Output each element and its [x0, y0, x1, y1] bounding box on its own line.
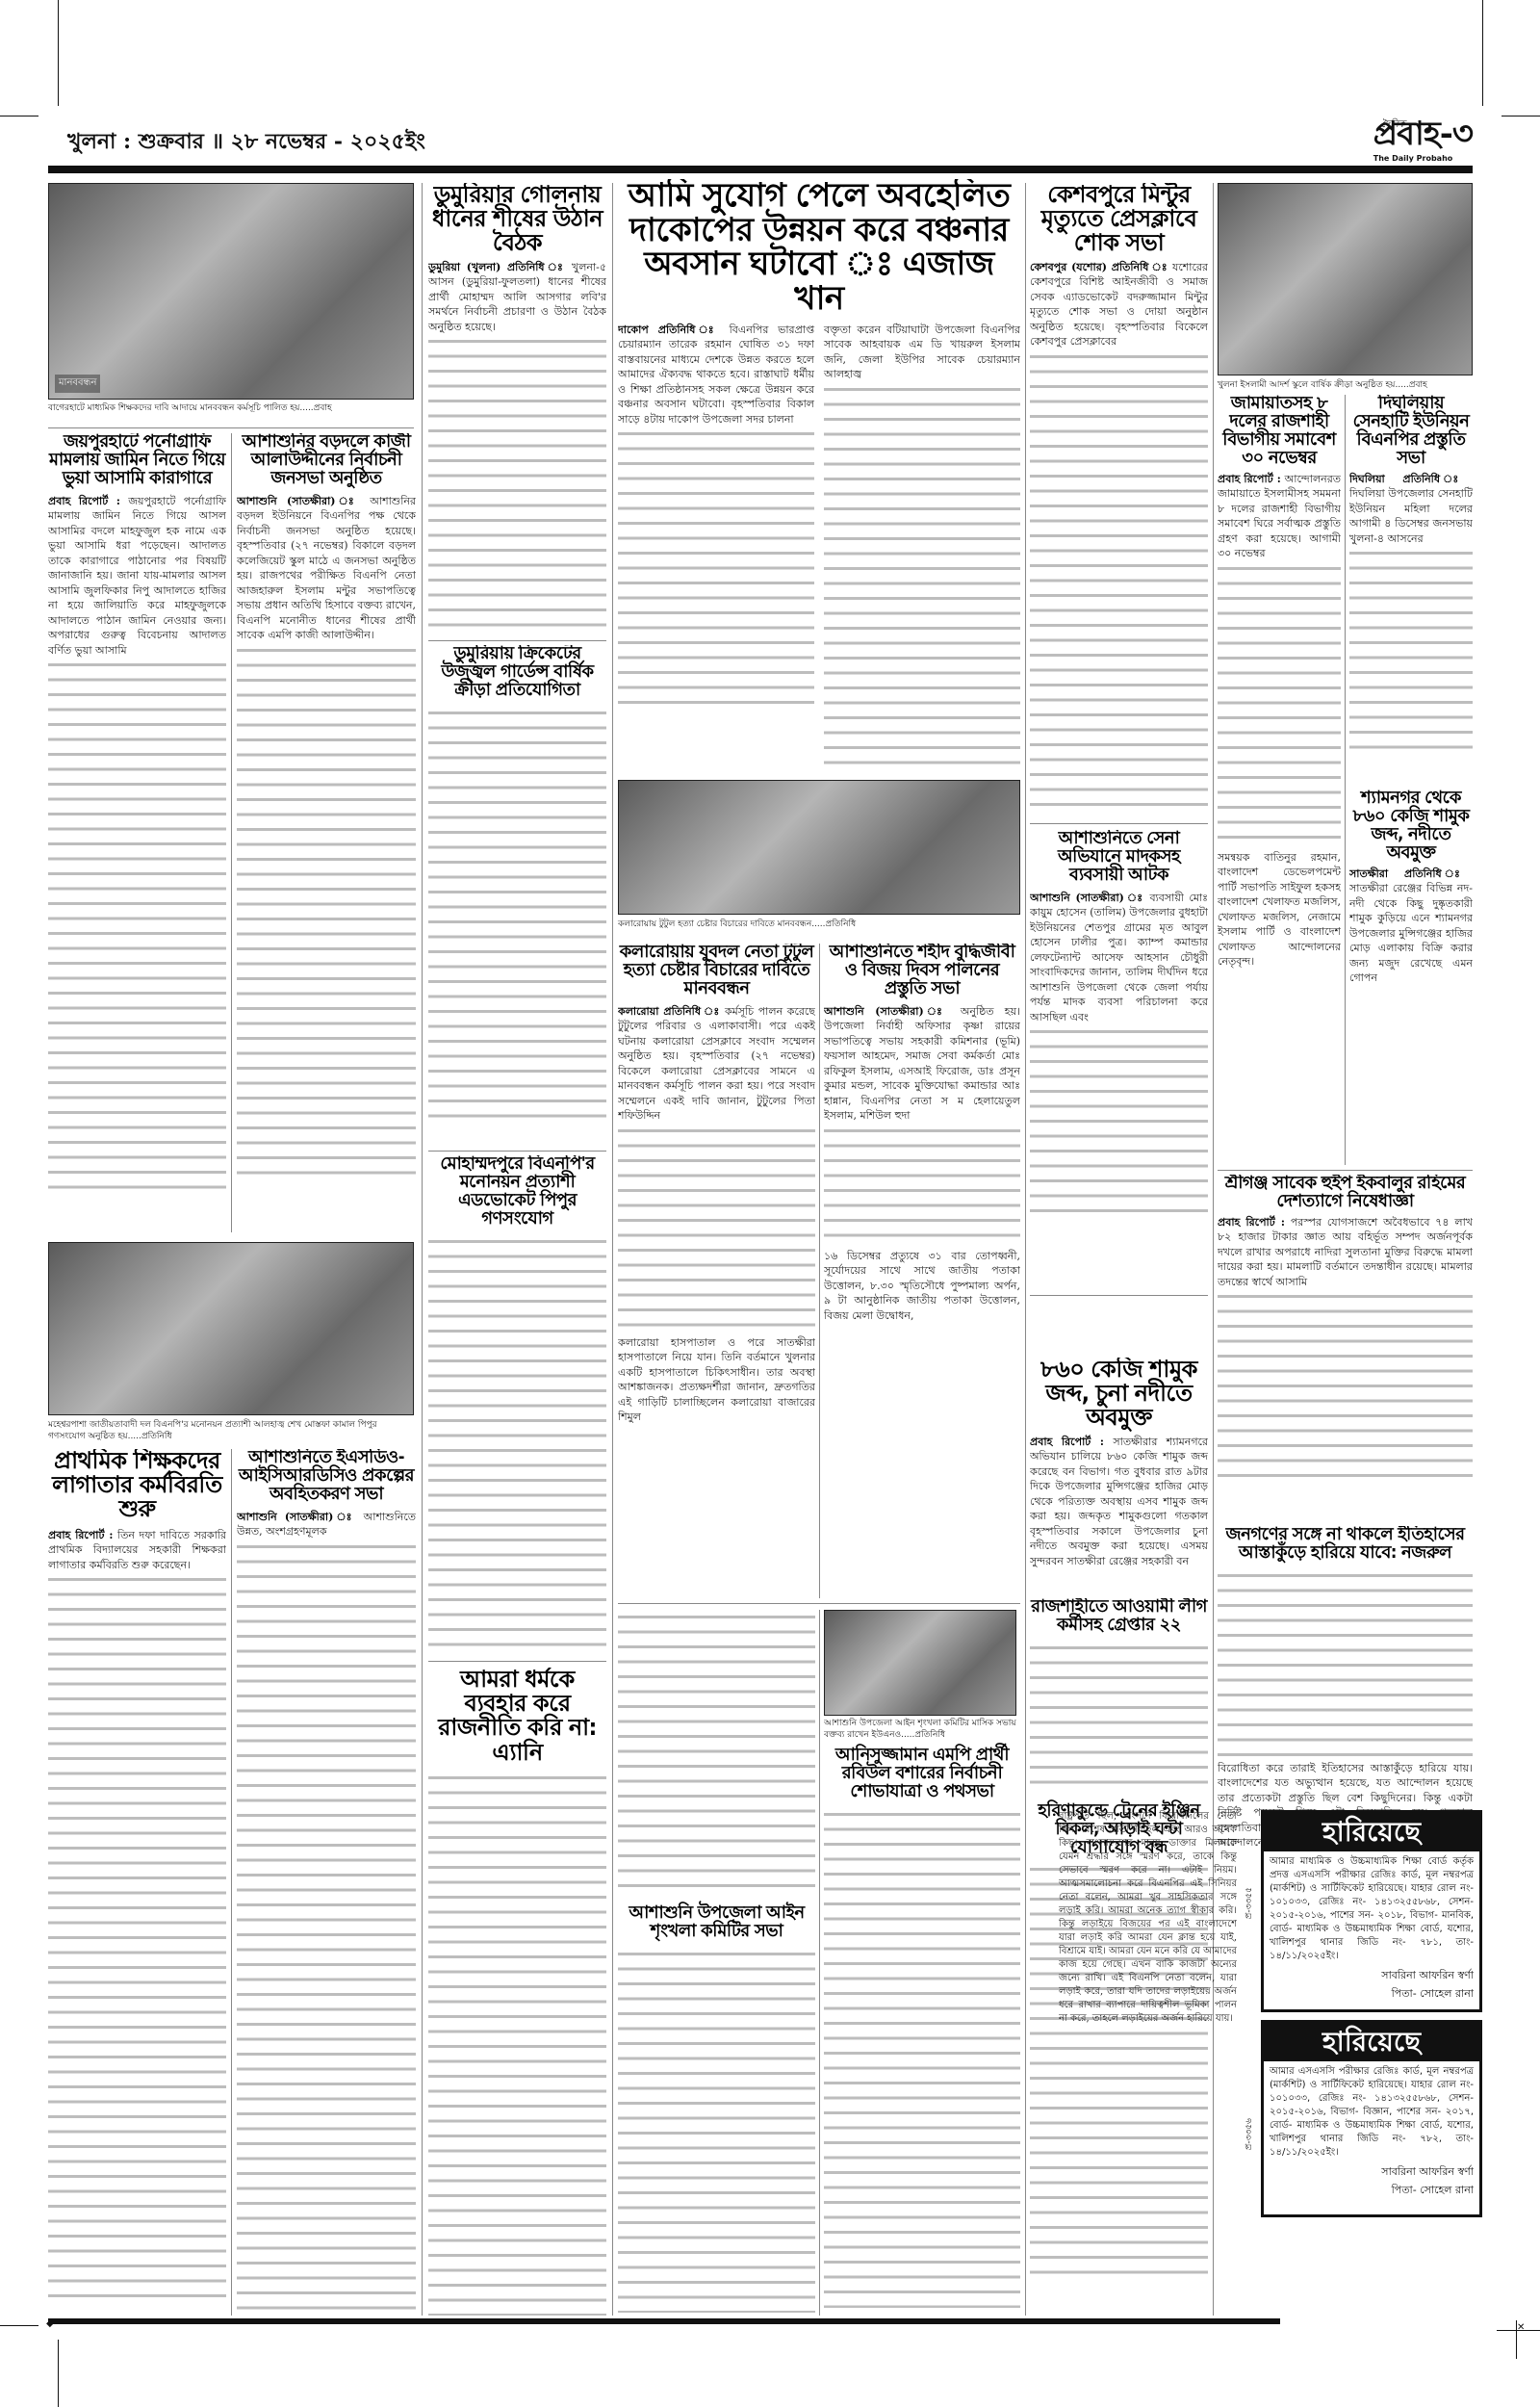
- divider: [48, 427, 414, 428]
- headline: কেশবপুরে মিন্টুর মৃত্যুতে প্রেসক্লাবে শো…: [1030, 183, 1208, 256]
- article-ashashuni-jonosova: আশাশুনির বড়দলে কাজী আলাউদ্দীনের নির্বাচ…: [237, 433, 416, 1232]
- headline: আমরা ধর্মকে ব্যবহার করে রাজনীতি করি না: …: [428, 1668, 606, 1765]
- headline: শ্যামনগর থেকে ৮৬০ কেজি শামুক জব্দ, নদীতে…: [1349, 789, 1473, 863]
- newspaper-page: খুলনা : শুক্রবার ॥ ২৮ নভেম্বর - ২০২৫ইং দ…: [48, 116, 1473, 2330]
- headline: রাজশাহীতে আওয়ামী লীগ কর্মীসহ গ্রেপ্তার …: [1030, 1598, 1208, 1635]
- article-mohesharpasha: মোহাম্মদপুরে বিএনপি'র মনোনয়ন প্রত্যাশী …: [428, 1155, 606, 1656]
- divider: [428, 1151, 606, 1152]
- headline: ডুমুরিয়ায় ক্রিকেটের উজ্জ্বল গার্ডেন্স …: [428, 645, 606, 700]
- article-body: অনুষ্ঠিত হয়। উপজেলা নির্বাহী অফিসার কৃষ…: [824, 1005, 1020, 1123]
- column-rule: [612, 183, 613, 2316]
- text-column: [1218, 1289, 1473, 1482]
- article-chuna-nodi: ৮৬০ কেজি শামুক জব্দ, চুনা নদীতে অবমুক্ত …: [1030, 1358, 1208, 1589]
- headline: আশাশুনিতে শহীদ বুদ্ধিজীবী ও বিজয় দিবস প…: [824, 944, 1020, 998]
- article-esdo: আশাশুনিতে ইএসডিও-আইসিআরডিসিও প্রকল্পের অ…: [237, 1449, 416, 2316]
- article-body: বক্তৃতা করেন বটিয়াঘাটা উপজেলা বিএনপির স…: [824, 323, 1020, 382]
- text-column: [428, 1234, 606, 1656]
- article-body: বিএনপির ভারপ্রাপ্ত চেয়ারম্যান তারেক রহম…: [618, 324, 814, 426]
- text-column: [48, 658, 226, 1197]
- text-column: [824, 1807, 1020, 2308]
- text-column: [1030, 1641, 1208, 1795]
- byline: প্রবাহ রিপোর্ট :: [48, 495, 120, 507]
- headline: ডুমুরিয়ার গোলনায় ধানের শীষের উঠান বৈঠক: [428, 183, 606, 256]
- headline: দিঘলিয়ায় সেনহাটি ইউনিয়ন বিএনপির প্রস্…: [1349, 395, 1473, 468]
- divider: [1030, 1295, 1208, 1296]
- headline: আশাশুনিতে ইএসডিও-আইসিআরডিসিও প্রকল্পের অ…: [237, 1449, 416, 1504]
- article-dighalia-senhati: দিঘলিয়ায় সেনহাটি ইউনিয়ন বিএনপির প্রস্…: [1349, 395, 1473, 780]
- article-body: সাতক্ষীরা রেঞ্জের বিভিন্ন নদ-নদী থেকে কি…: [1349, 882, 1473, 984]
- text-column: [824, 382, 1020, 776]
- article-ejaz-khan: আমি সুযোগ পেলে অবহেলিত দাকোপের উন্নয়ন ক…: [618, 179, 1020, 776]
- byline: প্রবাহ রিপোর্ট :: [1030, 1436, 1104, 1448]
- article-body: ব্যবসায়ী মোঃ কায়ুম হোসেন (তালিম) উপজেল…: [1030, 892, 1208, 1023]
- byline: সাতক্ষীরা প্রতিনিধি ঃ: [1349, 867, 1473, 880]
- school-photo: [1218, 183, 1473, 375]
- article-ashashuni-ain: আশাশুনি উপজেলা আইন শৃংখলা কমিটির সভা: [618, 1610, 815, 2316]
- manobbondhon-photo: মানববন্ধন: [48, 183, 414, 400]
- article-sena-ovijan: আশাশুনিতে সেনা অভিযানে মাদকসহ ব্যবসায়ী …: [1030, 830, 1208, 1292]
- divider: [428, 640, 606, 641]
- text-column: [48, 1572, 226, 2304]
- text-column: [1218, 561, 1341, 850]
- newspaper-logo: দৈনিক প্রবাহ-৩ The Daily Probaho: [1373, 116, 1473, 152]
- article-rajshahi-somabesh: জামায়াতসহ ৮ দলের রাজশাহী বিভাগীয় সমাবে…: [1218, 395, 1341, 1165]
- byline: আশাশুনি (সাতক্ষীরা) ঃ: [1030, 892, 1144, 904]
- byline: আশাশুনি (সাতক্ষীরা) ঃ: [824, 1005, 950, 1018]
- text-column: [618, 1610, 815, 1899]
- divider: [618, 1603, 1020, 1604]
- headline: আনিসুজ্জামান এমপি প্রার্থী রবিউল বশারের …: [824, 1747, 1020, 1801]
- photo-caption: কলারোয়ায় টুটুল হত্যা চেষ্টার বিচারের দ…: [618, 919, 1020, 930]
- text-column: [1030, 1024, 1208, 1217]
- lost-notice-ad-2: হারিয়েছে আমার এসএসসি পরীক্ষার রেজিঃ কার…: [1261, 2020, 1482, 2217]
- byline: কলারোয়া প্রতিনিধি ঃ: [618, 1005, 720, 1018]
- article-bhua-asami: জয়পুরহাটে পর্নোগ্রাফি মামলায় জামিন নিত…: [48, 433, 226, 1232]
- divider: [1030, 823, 1208, 824]
- byline: প্রবাহ রিপোর্ট :: [1218, 473, 1281, 485]
- text-column: [428, 334, 606, 635]
- ad-signature: সাবরিনা আফরিন স্বর্ণা: [1264, 1967, 1479, 1985]
- text-column: [1349, 546, 1473, 758]
- ad-signature: সাবরিনা আফরিন স্বর্ণা: [1264, 2163, 1479, 2182]
- article-sriti: শ্রীগঞ্জ সাবেক হুইপ ইকবালুর রহিমের দেশত্…: [1218, 1175, 1473, 1521]
- photo-caption: আশাশুনি উপজেলা আইন শৃংখলা কমিটির মাসিক স…: [824, 1718, 1020, 1741]
- banner-text: মানববন্ধন: [55, 375, 100, 393]
- byline: দাকোপ প্রতিনিধি ঃ: [618, 324, 720, 336]
- article-body: রাষ্ট্রপতি ছিল, সংসদে বিরোধীদলের নেতা ছি…: [1059, 1810, 1237, 2026]
- ad-parent: পিতা- সোহেল রানা: [1264, 2182, 1479, 2200]
- column-rule: [1025, 183, 1026, 2316]
- ad-parent: পিতা- সোহেল রানা: [1264, 1985, 1479, 2004]
- crop-mark: [0, 2325, 38, 2326]
- registration-mark: ✕: [1517, 2322, 1525, 2333]
- ad-title: হারিয়েছে: [1264, 2023, 1479, 2061]
- photo-caption: খুলনা ইসলামী আদর্শ স্কুলে বার্ষিক ক্রীড়…: [1218, 379, 1473, 391]
- article-bijoy-dibos: আশাশুনিতে শহীদ বুদ্ধিজীবী ও বিজয় দিবস প…: [824, 944, 1020, 1598]
- lost-notice-ad-1: হারিয়েছে আমার মাধ্যমিক ও উচ্চমাধ্যমিক শ…: [1261, 1810, 1482, 2012]
- headline: ৮৬০ কেজি শামুক জব্দ, চুনা নদীতে অবমুক্ত: [1030, 1358, 1208, 1431]
- byline: কেশবপুর (যশোর) প্রতিনিধি ঃ: [1030, 261, 1168, 273]
- crop-mark: [58, 0, 59, 106]
- column-rule: [819, 1610, 820, 2316]
- byline: ডুমুরিয়া (খুলনা) প্রতিনিধি ঃ: [428, 261, 566, 273]
- text-column: [618, 1947, 815, 2313]
- article-body: জয়পুরহাটে পর্নোগ্রাফি মামলায় জামিন নিত…: [48, 495, 226, 657]
- crop-mark: [1482, 0, 1483, 106]
- ad-body: আমার মাধ্যমিক ও উচ্চমাধ্যমিক শিক্ষা বোর্…: [1264, 1851, 1479, 1967]
- headline: জয়পুরহাটে পর্নোগ্রাফি মামলায় জামিন নিত…: [48, 433, 226, 488]
- byline: প্রবাহ রিপোর্ট :: [1218, 1216, 1285, 1229]
- article-body: দিঘলিয়া উপজেলার সেনহাটি ইউনিয়ন মহিলা দ…: [1349, 487, 1473, 545]
- text-column: [824, 1124, 1020, 1249]
- headline: জনগণের সঙ্গে না থাকলে ইতিহাসের আস্তাকুঁড…: [1218, 1526, 1473, 1563]
- article-anisur: আশাশুনি উপজেলা আইন শৃংখলা কমিটির মাসিক স…: [824, 1610, 1020, 2316]
- byline: আশাশুনি (সাতক্ষীরা) ঃ: [237, 1511, 356, 1523]
- article-keshabpur-shok: কেশবপুরে মিন্টুর মৃত্যুতে প্রেসক্লাবে শো…: [1030, 183, 1208, 818]
- crop-mark: [58, 2340, 59, 2407]
- column-rule: [1345, 395, 1346, 1165]
- logo-english: The Daily Probaho: [1373, 154, 1453, 163]
- column-rule: [422, 183, 423, 2316]
- article-dumuria-dhan: ডুমুরিয়ার গোলনায় ধানের শীষের উঠান বৈঠক…: [428, 183, 606, 635]
- headline: শ্রীগঞ্জ সাবেক হুইপ ইকবালুর রহিমের দেশত্…: [1218, 1175, 1473, 1211]
- text-column: [237, 1540, 416, 2310]
- divider: [1218, 1170, 1473, 1171]
- headline: আশাশুনির বড়দলে কাজী আলাউদ্দীনের নির্বাচ…: [237, 433, 416, 488]
- column-rule: [819, 944, 820, 1598]
- text-column: [1218, 1568, 1473, 1761]
- photo-caption: মহেশ্বরপাশা জাতীয়তাবাদী দল বিএনপি'র মনো…: [48, 1419, 414, 1442]
- article-body: কর্মসূচি পালন করেছে টুটুলের পরিবার ও এলা…: [618, 1005, 815, 1123]
- text-column: [428, 1771, 606, 2316]
- speaker-photo: [48, 1242, 414, 1415]
- headline: মোহাম্মদপুরে বিএনপি'র মনোনয়ন প্রত্যাশী …: [428, 1155, 606, 1229]
- article-itihas-tail: রাষ্ট্রপতি ছিল, সংসদে বিরোধীদলের নেতা ছি…: [1059, 1810, 1237, 2214]
- bottom-rule: [48, 2318, 1280, 2324]
- ad-code: প্র-৩৩৫৫: [1242, 1887, 1256, 1919]
- meeting-photo: [824, 1610, 1016, 1716]
- article-body: আশাশুনির বড়দল ইউনিয়নে বিএনপির পক্ষ থেক…: [237, 495, 416, 642]
- article-kalaroa-tutul: কলারোয়ায় যুবদল নেতা টুটুল হত্যা চেষ্টা…: [618, 944, 815, 1598]
- article-body: সাতক্ষীরার শ্যামনগরে অভিযান চালিয়ে ৮৬০ …: [1030, 1436, 1208, 1567]
- text-column: [1030, 349, 1208, 812]
- article-dumuria-trainer: ডুমুরিয়ায় ক্রিকেটের উজ্জ্বল গার্ডেন্স …: [428, 645, 606, 1146]
- masthead: খুলনা : শুক্রবার ॥ ২৮ নভেম্বর - ২০২৫ইং দ…: [48, 116, 1473, 164]
- article-shamuk-shyamnagar: শ্যামনগর থেকে ৮৬০ কেজি শামুক জব্দ, নদীতে…: [1349, 789, 1473, 1165]
- kalaroa-photo: [618, 780, 1020, 915]
- dateline: খুলনা : শুক্রবার ॥ ২৮ নভেম্বর - ২০২৫ইং: [67, 125, 425, 161]
- article-body: যশোরের কেশবপুরে বিশিষ্ট আইনজীবী ও সমাজ স…: [1030, 261, 1208, 349]
- logo-prefix: দৈনিক: [1381, 117, 1405, 134]
- photo-caption: বাগেরহাটে মাধ্যমিক শিক্ষকদের দাবি আদায়ে…: [48, 402, 414, 414]
- article-body: আন্দোলনরত জামায়াতে ইসলামীসহ সমমনা ৮ দলে…: [1218, 473, 1341, 560]
- text-column: [428, 706, 606, 1129]
- article-body: কলারোয়া হাসপাতাল ও পরে সাতক্ষীরা হাসপাত…: [618, 1335, 815, 1425]
- headline: আশাশুনিতে সেনা অভিযানে মাদকসহ ব্যবসায়ী …: [1030, 830, 1208, 885]
- crop-mark: [1501, 116, 1540, 116]
- column-rule: [231, 1449, 232, 2316]
- headline: আশাশুনি উপজেলা আইন শৃংখলা কমিটির সভা: [618, 1904, 815, 1941]
- ad-code: প্র-৩৩৫৬: [1242, 2118, 1256, 2150]
- text-column: [618, 1124, 815, 1335]
- byline: দিঘলিয়া প্রতিনিধি ঃ: [1349, 473, 1473, 485]
- ad-title: হারিয়েছে: [1264, 1813, 1479, 1851]
- article-body: ১৬ ডিসেম্বর প্রত্যুষে ৩১ বার তোপধ্বনী, স…: [824, 1249, 1020, 1324]
- article-body: সমন্বয়ক বাতিনুর রহমান, বাংলাদেশ ডেভেলপম…: [1218, 850, 1341, 970]
- column-rule: [231, 433, 232, 1232]
- crop-mark: [0, 116, 38, 116]
- article-prathomik: প্রাথমিক শিক্ষকদের লাগাতার কর্মবিরতি শুর…: [48, 1449, 226, 2316]
- top-rule: [48, 166, 1473, 173]
- text-column: [237, 643, 416, 1182]
- text-column: [618, 427, 814, 715]
- byline: আশাশুনি (সাতক্ষীরা) ঃ: [237, 495, 360, 507]
- headline: আমি সুযোগ পেলে অবহেলিত দাকোপের উন্নয়ন ক…: [618, 179, 1020, 317]
- ad-body: আমার এসএসসি পরীক্ষার রেজিঃ কার্ড, মূল নম…: [1264, 2061, 1479, 2163]
- byline: প্রবাহ রিপোর্ট :: [48, 1529, 113, 1541]
- headline: কলারোয়ায় যুবদল নেতা টুটুল হত্যা চেষ্টা…: [618, 944, 815, 998]
- headline: প্রাথমিক শিক্ষকদের লাগাতার কর্মবিরতি শুর…: [48, 1449, 226, 1522]
- headline: জামায়াতসহ ৮ দলের রাজশাহী বিভাগীয় সমাবে…: [1218, 395, 1341, 468]
- divider: [428, 1661, 606, 1662]
- article-dharmo: আমরা ধর্মকে ব্যবহার করে রাজনীতি করি না: …: [428, 1668, 606, 2316]
